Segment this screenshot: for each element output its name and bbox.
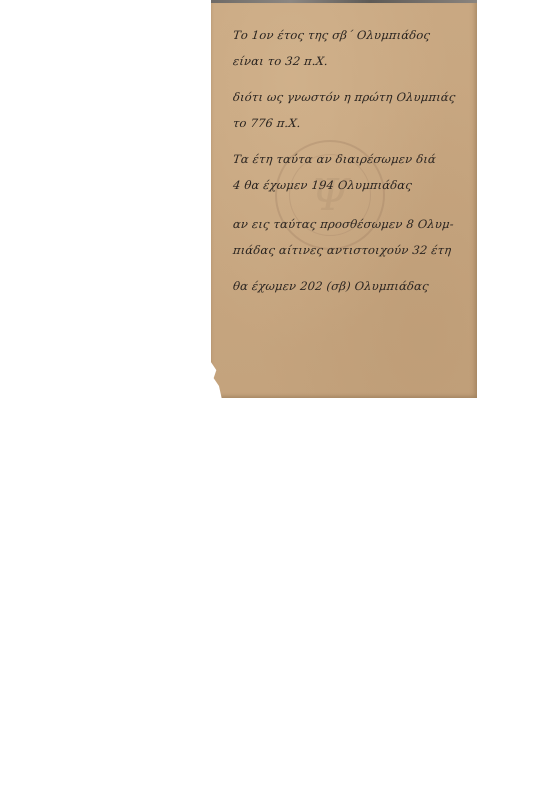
text-line-7: αν εις ταύτας προσθέσωμεν 8 Ολυμ-: [232, 211, 475, 237]
handwritten-text: Το 1ον έτος της σβ΄ Ολυμπιάδος είναι το …: [233, 22, 473, 299]
text-line-4: το 776 π.Χ.: [232, 110, 475, 136]
scan-top-edge: [211, 0, 477, 3]
text-line-1: Το 1ον έτος της σβ΄ Ολυμπιάδος: [232, 22, 475, 48]
page: Ψ Το 1ον έτος της σβ΄ Ολυμπιάδος είναι τ…: [0, 0, 549, 800]
text-line-8: πιάδας αίτινες αντιστοιχούν 32 έτη: [232, 237, 475, 263]
text-line-9: θα έχωμεν 202 (σβ) Ολυμπιάδας: [232, 273, 475, 299]
paper-sheet: Ψ Το 1ον έτος της σβ΄ Ολυμπιάδος είναι τ…: [211, 0, 477, 398]
text-line-2: είναι το 32 π.Χ.: [232, 48, 475, 74]
text-line-5: Τα έτη ταύτα αν διαιρέσωμεν διά: [232, 146, 475, 172]
text-line-3: διότι ως γνωστόν η πρώτη Ολυμπιάς: [232, 84, 475, 110]
text-line-6: 4 θα έχωμεν 194 Ολυμπιάδας: [232, 172, 475, 198]
